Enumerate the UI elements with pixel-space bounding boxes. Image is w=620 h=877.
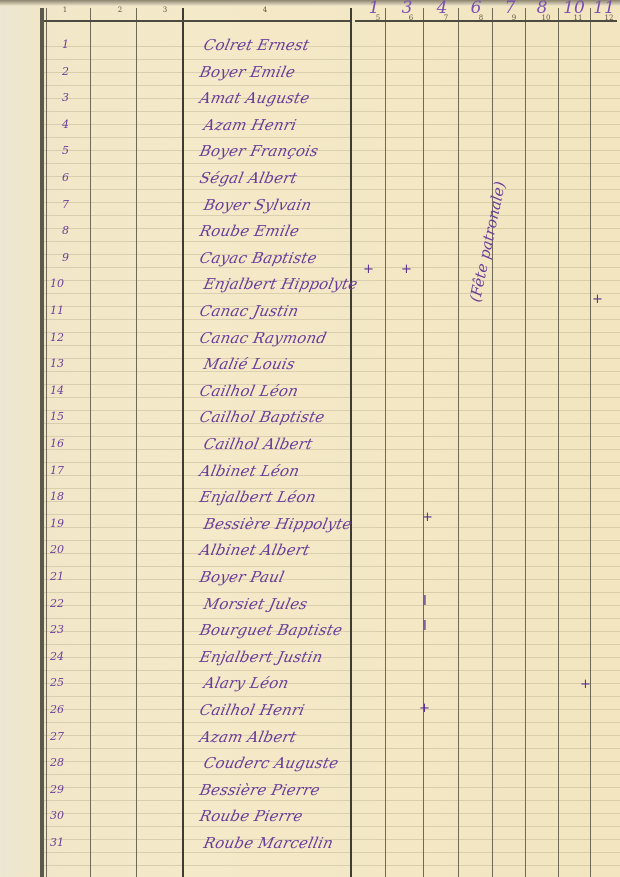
row-rule bbox=[40, 306, 620, 307]
row-number: 22 bbox=[50, 597, 64, 610]
mark-row21-col7: I bbox=[423, 594, 427, 609]
row-rule bbox=[40, 540, 620, 541]
entry-name: Enjalbert Léon bbox=[198, 488, 318, 506]
row-number: 19 bbox=[50, 517, 64, 530]
entry-name: Cailhol Léon bbox=[198, 382, 300, 400]
entry-name: Roube Pierre bbox=[198, 807, 304, 825]
col-rule-11 bbox=[590, 8, 591, 877]
col-number-4: 4 bbox=[255, 6, 275, 14]
entry-name: Boyer Emile bbox=[198, 63, 297, 81]
row-rule bbox=[40, 46, 620, 47]
col-rule-3 bbox=[182, 8, 184, 877]
row-rule bbox=[40, 475, 620, 476]
row-number: 24 bbox=[50, 650, 64, 663]
row-rule bbox=[40, 371, 620, 372]
row-number: 13 bbox=[50, 357, 64, 370]
row-rule bbox=[40, 345, 620, 346]
row-rule bbox=[40, 696, 620, 697]
row-rule bbox=[40, 397, 620, 398]
row-rule bbox=[40, 709, 620, 710]
margin-inner-rule bbox=[46, 8, 47, 877]
row-rule bbox=[40, 592, 620, 593]
row-rule bbox=[40, 85, 620, 86]
row-number: 14 bbox=[50, 384, 64, 397]
row-number: 23 bbox=[50, 623, 64, 636]
entry-name: Couderc Auguste bbox=[202, 754, 340, 772]
row-number: 25 bbox=[50, 676, 64, 689]
col-number-1: 1 bbox=[55, 6, 75, 14]
mark-row9-col6: + bbox=[401, 262, 412, 277]
hw-col-header-5: 1 bbox=[364, 0, 384, 18]
entry-name: Boyer Sylvain bbox=[202, 196, 313, 214]
row-rule bbox=[40, 657, 620, 658]
entry-name: Morsiet Jules bbox=[202, 595, 309, 613]
row-number: 4 bbox=[62, 118, 69, 131]
row-rule bbox=[40, 670, 620, 671]
row-rule bbox=[40, 501, 620, 502]
row-rule bbox=[40, 735, 620, 736]
row-rule bbox=[40, 111, 620, 112]
col-rule-7 bbox=[458, 8, 459, 877]
col-rule-5 bbox=[385, 8, 386, 877]
row-rule bbox=[40, 202, 620, 203]
col-rule-10 bbox=[558, 8, 559, 877]
entry-name: Boyer Paul bbox=[198, 568, 286, 586]
entry-name: Cailhol Albert bbox=[202, 435, 314, 453]
row-rule bbox=[40, 852, 620, 853]
row-number: 5 bbox=[62, 144, 69, 157]
row-rule bbox=[40, 566, 620, 567]
row-rule bbox=[40, 293, 620, 294]
hw-col-header-12: 11 bbox=[592, 0, 616, 18]
mark-row10-col12: + bbox=[592, 292, 603, 307]
row-rule bbox=[40, 800, 620, 801]
row-rule bbox=[40, 254, 620, 255]
row-number: 1 bbox=[62, 38, 69, 51]
row-rule bbox=[40, 865, 620, 866]
col-rule-2 bbox=[136, 8, 137, 877]
col-rule-1 bbox=[90, 8, 91, 877]
entry-name: Cayac Baptiste bbox=[198, 249, 319, 267]
row-rule bbox=[40, 449, 620, 450]
entry-name: Cailhol Baptiste bbox=[198, 408, 326, 426]
row-number: 21 bbox=[50, 570, 64, 583]
row-rule bbox=[40, 553, 620, 554]
row-rule bbox=[40, 813, 620, 814]
row-number: 31 bbox=[50, 836, 64, 849]
row-rule bbox=[40, 579, 620, 580]
entry-name: Bourguet Baptiste bbox=[198, 621, 344, 639]
entry-name: Canac Raymond bbox=[198, 329, 328, 347]
row-rule bbox=[40, 163, 620, 164]
col-rule-6 bbox=[423, 8, 424, 877]
row-number: 9 bbox=[62, 251, 69, 264]
row-rule bbox=[40, 774, 620, 775]
row-rule bbox=[40, 722, 620, 723]
row-rule bbox=[40, 826, 620, 827]
row-number: 30 bbox=[50, 809, 64, 822]
row-rule bbox=[40, 748, 620, 749]
row-number: 8 bbox=[62, 224, 69, 237]
entry-name: Albinet Léon bbox=[198, 462, 301, 480]
hw-col-header-8: 6 bbox=[466, 0, 486, 18]
row-number: 3 bbox=[62, 91, 69, 104]
col-number-3: 3 bbox=[155, 6, 175, 14]
entry-name: Cailhol Henri bbox=[198, 701, 306, 719]
ledger-page: 1 2 3 4 5 6 7 8 9 10 11 12 1 3 4 6 7 8 1… bbox=[0, 0, 620, 877]
row-rule bbox=[40, 787, 620, 788]
row-number: 16 bbox=[50, 437, 64, 450]
entry-name: Canac Justin bbox=[198, 302, 300, 320]
col-rule-8 bbox=[492, 8, 493, 877]
entry-name: Colret Ernest bbox=[202, 36, 311, 54]
entry-name: Boyer François bbox=[198, 142, 320, 160]
entry-name: Alary Léon bbox=[202, 674, 290, 692]
hw-col-header-7: 4 bbox=[432, 0, 452, 18]
row-rule bbox=[40, 241, 620, 242]
row-number: 18 bbox=[50, 490, 64, 503]
row-number: 29 bbox=[50, 783, 64, 796]
row-rule bbox=[40, 228, 620, 229]
row-rule bbox=[40, 319, 620, 320]
row-number: 2 bbox=[62, 65, 69, 78]
row-rule bbox=[40, 410, 620, 411]
row-rule bbox=[40, 488, 620, 489]
hw-col-header-11: 10 bbox=[562, 0, 586, 18]
header-bar-4 bbox=[155, 20, 350, 22]
row-rule bbox=[40, 605, 620, 606]
row-rule bbox=[40, 98, 620, 99]
hw-col-header-6: 3 bbox=[397, 0, 417, 18]
col-number-2: 2 bbox=[110, 6, 130, 14]
row-rule bbox=[40, 332, 620, 333]
header-bar-1 bbox=[44, 20, 86, 22]
entry-name: Azam Albert bbox=[198, 728, 298, 746]
row-number: 28 bbox=[50, 756, 64, 769]
row-number: 15 bbox=[50, 410, 64, 423]
row-number: 6 bbox=[62, 171, 69, 184]
row-rule bbox=[40, 124, 620, 125]
row-number: 7 bbox=[62, 198, 69, 211]
entry-name: Azam Henri bbox=[202, 116, 298, 134]
row-rule bbox=[40, 644, 620, 645]
row-rule bbox=[40, 267, 620, 268]
row-rule bbox=[40, 72, 620, 73]
mark-row24-col12: + bbox=[580, 677, 591, 692]
row-number: 26 bbox=[50, 703, 64, 716]
row-number: 11 bbox=[50, 304, 64, 317]
mark-row22-col7: I bbox=[423, 619, 427, 634]
row-rule bbox=[40, 176, 620, 177]
row-rule bbox=[40, 618, 620, 619]
entry-name: Malié Louis bbox=[202, 355, 297, 373]
col-rule-4 bbox=[350, 8, 352, 877]
row-rule bbox=[40, 137, 620, 138]
entry-name: Bessière Pierre bbox=[198, 781, 322, 799]
row-rule bbox=[40, 384, 620, 385]
row-rule bbox=[40, 59, 620, 60]
hw-col-header-9: 7 bbox=[500, 0, 520, 18]
row-number: 27 bbox=[50, 730, 64, 743]
entry-name: Albinet Albert bbox=[198, 541, 311, 559]
entry-name: Amat Auguste bbox=[198, 89, 311, 107]
row-rule bbox=[40, 189, 620, 190]
mark-row9-col5: + bbox=[363, 262, 374, 277]
margin-double-rule bbox=[40, 8, 44, 877]
entry-name: Enjalbert Hippolyte bbox=[202, 275, 359, 293]
row-number: 20 bbox=[50, 543, 64, 556]
row-rule bbox=[40, 462, 620, 463]
entry-name: Enjalbert Justin bbox=[198, 648, 324, 666]
row-number: 12 bbox=[50, 331, 64, 344]
row-rule bbox=[40, 150, 620, 151]
mark-row18-col7: + bbox=[422, 510, 433, 525]
row-rule bbox=[40, 683, 620, 684]
row-rule bbox=[40, 436, 620, 437]
top-edge-shadow bbox=[0, 0, 620, 6]
entry-name: Ségal Albert bbox=[198, 169, 299, 187]
entry-name: Roube Marcellin bbox=[202, 834, 335, 852]
row-number: 10 bbox=[50, 277, 64, 290]
hw-col-header-10: 8 bbox=[532, 0, 552, 18]
row-rule bbox=[40, 423, 620, 424]
mark-row25-col7: + bbox=[419, 701, 430, 716]
row-rule bbox=[40, 358, 620, 359]
col-rule-9 bbox=[525, 8, 526, 877]
row-number: 17 bbox=[50, 464, 64, 477]
entry-name: Bessière Hippolyte bbox=[202, 515, 354, 533]
entry-name: Roube Emile bbox=[198, 222, 301, 240]
row-rule bbox=[40, 215, 620, 216]
